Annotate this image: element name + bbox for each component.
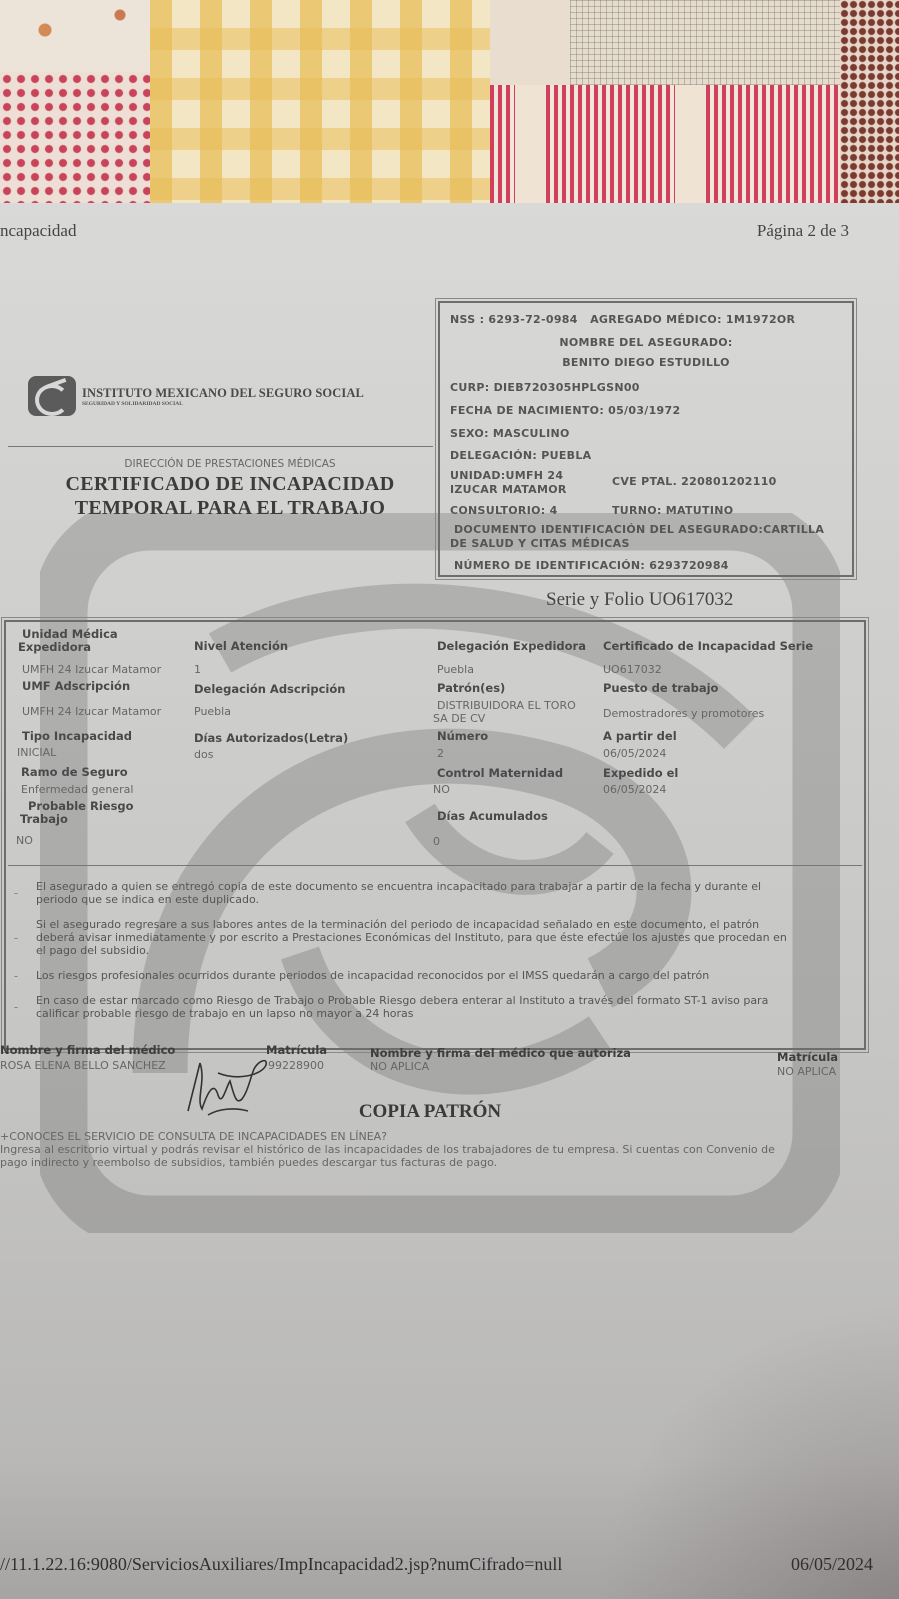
copy-type: COPIA PATRÓN [0, 1101, 860, 1123]
fabric-patch-brown [840, 0, 899, 205]
document-page: ncapacidad Página 2 de 3 INSTITUTO MEXIC… [0, 203, 899, 1599]
insured-name: BENITO DIEGO ESTUDILLO [440, 356, 852, 369]
control-maternidad-value: NO [433, 783, 450, 797]
value-line: SA DE CV [433, 712, 576, 725]
note-line: En caso de estar marcado como Riesgo de … [36, 994, 859, 1007]
note-line: calificar probable riesgo de trabajo en … [36, 1007, 859, 1020]
nivel-atencion-label: Nivel Atención [194, 639, 288, 653]
dias-letra-label: Días Autorizados(Letra) [194, 731, 348, 745]
fabric-patch-floral [0, 0, 150, 75]
medico-name: ROSA ELENA BELLO SANCHEZ [0, 1059, 166, 1072]
divider [8, 446, 433, 447]
delegation: DELEGACIÓN: PUEBLA [450, 449, 591, 462]
a-partir-label: A partir del [603, 729, 677, 743]
unit: UNIDAD:UMFH 24 IZUCAR MATAMOR [450, 469, 567, 497]
floral-stripe [675, 85, 705, 205]
note-line: El asegurado a quien se entregó copia de… [36, 880, 859, 893]
page-number: Página 2 de 3 [757, 221, 849, 241]
fabric-background [0, 0, 899, 205]
insured-name-label: NOMBRE DEL ASEGURADO: [440, 336, 852, 349]
delegacion-expedidora-value: Puebla [437, 663, 474, 677]
medico-label: Nombre y firma del médico [0, 1043, 175, 1057]
online-line: +CONOCES EL SERVICIO DE CONSULTA DE INCA… [0, 1130, 870, 1143]
delegacion-adscripcion-value: Puebla [194, 705, 231, 719]
bullet-dash: - [14, 969, 18, 982]
note-item: - En caso de estar marcado como Riesgo d… [14, 994, 859, 1020]
title-line-1: CERTIFICADO DE INCAPACIDAD [40, 472, 420, 496]
bullet-dash: - [14, 1001, 18, 1014]
cve-ptal: CVE PTAL. 220801202110 [612, 475, 777, 488]
unidad-medica-value: UMFH 24 Izucar Matamor [22, 663, 161, 677]
id-document: DOCUMENTO IDENTIFICACIÓN DEL ASEGURADO:C… [450, 523, 824, 551]
online-service-info: +CONOCES EL SERVICIO DE CONSULTA DE INCA… [0, 1130, 870, 1169]
cert-serie-label: Certificado de Incapacidad Serie [603, 639, 813, 653]
matricula2-label: Matrícula [777, 1050, 838, 1064]
note-item: - El asegurado a quien se entregó copia … [14, 880, 859, 906]
puesto-label: Puesto de trabajo [603, 681, 718, 695]
dias-acumulados-label: Días Acumulados [437, 809, 548, 823]
note-line: Si el asegurado regresare a sus labores … [36, 918, 859, 931]
delegacion-adscripcion-label: Delegación Adscripción [194, 682, 345, 696]
direccion-label: DIRECCIÓN DE PRESTACIONES MÉDICAS [40, 458, 420, 470]
note-line: Los riesgos profesionales ocurridos dura… [28, 969, 859, 982]
matricula-value: 99228900 [268, 1059, 324, 1072]
birth-date: FECHA DE NACIMIENTO: 05/03/1972 [450, 404, 680, 417]
ramo-label: Ramo de Seguro [21, 765, 128, 779]
footer-url: //11.1.22.16:9080/ServiciosAuxiliares/Im… [0, 1554, 562, 1575]
autoriza-value: NO APLICA [370, 1060, 429, 1073]
institution-tagline: SEGURIDAD Y SOLIDARIDAD SOCIAL [82, 401, 364, 407]
imss-logo: INSTITUTO MEXICANO DEL SEGURO SOCIAL SEG… [28, 376, 364, 416]
institution-name: INSTITUTO MEXICANO DEL SEGURO SOCIAL [82, 386, 364, 401]
matricula2-value: NO APLICA [777, 1065, 836, 1078]
autoriza-label: Nombre y firma del médico que autoriza [370, 1046, 631, 1060]
bullet-dash: - [14, 887, 18, 900]
agregado-medico: AGREGADO MÉDICO: 1M1972OR [590, 313, 795, 326]
puesto-value: Demostradores y promotores [603, 707, 764, 721]
nivel-atencion-value: 1 [194, 663, 201, 677]
numero-value: 2 [437, 747, 444, 761]
unit-line-1: UNIDAD:UMFH 24 [450, 469, 567, 483]
matricula-label: Matrícula [266, 1043, 327, 1057]
expedido-label: Expedido el [603, 766, 678, 780]
nss-line: NSS : 6293-72-0984 AGREGADO MÉDICO: 1M19… [450, 313, 795, 326]
dias-letra-value: dos [194, 748, 213, 762]
sex: SEXO: MASCULINO [450, 427, 570, 440]
a-partir-value: 06/05/2024 [603, 747, 666, 761]
id-document-line-1: DOCUMENTO IDENTIFICACIÓN DEL ASEGURADO:C… [450, 523, 824, 537]
patron-label: Patrón(es) [437, 681, 505, 695]
probable-riesgo-label: Probable Riesgo Trabajo [20, 800, 134, 826]
patron-value: DISTRIBUIDORA EL TORO SA DE CV [433, 699, 576, 725]
note-line: el pago del subsidio. [36, 944, 859, 957]
footer-date: 06/05/2024 [791, 1554, 873, 1575]
insured-info-box: NSS : 6293-72-0984 AGREGADO MÉDICO: 1M19… [438, 301, 854, 577]
online-line: Ingresa al escritorio virtual y podrás r… [0, 1143, 870, 1156]
control-maternidad-label: Control Maternidad [437, 766, 563, 780]
fabric-patch-grid [570, 0, 840, 85]
delegacion-expedidora-label: Delegación Expedidora [437, 639, 586, 653]
id-number: NÚMERO DE IDENTIFICACIÓN: 6293720984 [454, 559, 729, 572]
consultorio: CONSULTORIO: 4 [450, 504, 558, 517]
fabric-patch-yellow-gingham [150, 0, 490, 205]
ramo-value: Enfermedad general [21, 783, 133, 797]
note-line: deberá avisar inmediatamente y por escri… [36, 931, 859, 944]
curp: CURP: DIEB720305HPLGSN00 [450, 381, 640, 394]
unit-line-2: IZUCAR MATAMOR [450, 483, 567, 497]
tipo-incapacidad-value: INICIAL [17, 746, 56, 760]
floral-stripe [515, 85, 545, 205]
numero-label: Número [437, 729, 488, 743]
note-item: - Si el asegurado regresare a sus labore… [14, 918, 859, 957]
fabric-patch-red-stripes [490, 85, 840, 205]
nss: NSS : 6293-72-0984 [450, 313, 578, 326]
certificate-title: CERTIFICADO DE INCAPACIDAD TEMPORAL PARA… [40, 472, 420, 520]
page-header-title: ncapacidad [0, 221, 76, 241]
serie-folio: Serie y Folio UO617032 [546, 589, 733, 611]
dias-acumulados-value: 0 [433, 835, 440, 849]
value-line: DISTRIBUIDORA EL TORO [433, 699, 576, 712]
umf-adscripcion-value: UMFH 24 Izucar Matamor [22, 705, 161, 719]
id-document-line-2: DE SALUD Y CITAS MÉDICAS [450, 537, 824, 551]
divider [8, 865, 862, 866]
turno: TURNO: MATUTINO [612, 504, 733, 517]
title-line-2: TEMPORAL PARA EL TRABAJO [40, 496, 420, 520]
fabric-patch-red-dots [0, 72, 150, 205]
probable-riesgo-value: NO [16, 834, 33, 848]
certificate-data-box: Unidad Médica Expedidora UMFH 24 Izucar … [4, 620, 866, 1050]
expedido-value: 06/05/2024 [603, 783, 666, 797]
bullet-dash: - [14, 931, 18, 944]
tipo-incapacidad-label: Tipo Incapacidad [22, 729, 132, 743]
cert-serie-value: UO617032 [603, 663, 662, 677]
notes-list: - El asegurado a quien se entregó copia … [14, 880, 859, 1032]
imss-eagle-icon [28, 376, 76, 416]
note-item: - Los riesgos profesionales ocurridos du… [14, 969, 859, 982]
unidad-medica-label: Unidad Médica Expedidora [22, 628, 118, 654]
online-line: pago indirecto y reembolso de subsidios,… [0, 1156, 870, 1169]
umf-adscripcion-label: UMF Adscripción [22, 679, 130, 693]
label-line: Trabajo [20, 813, 134, 826]
label-line: Expedidora [18, 641, 118, 654]
note-line: periodo que se indica en este duplicado. [36, 893, 859, 906]
